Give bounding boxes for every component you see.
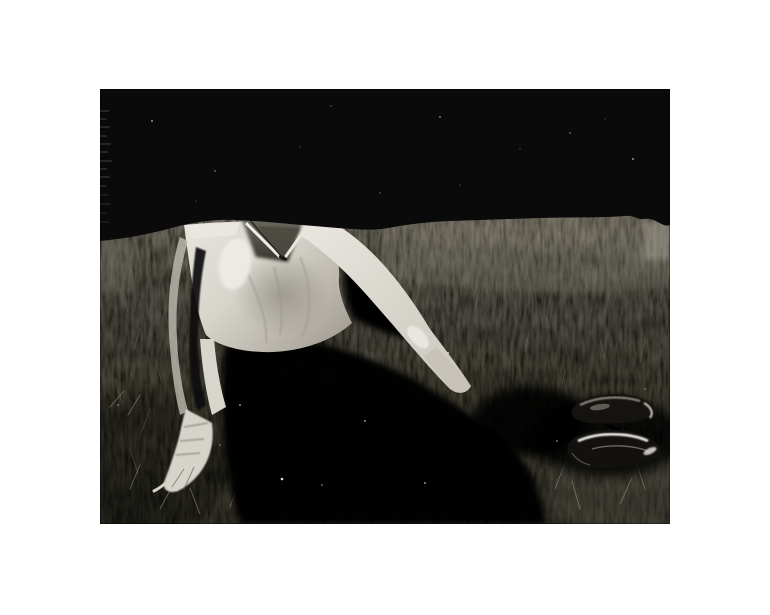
photo-canvas: Vintage black-and-white photograph of a … bbox=[100, 89, 670, 524]
page-background: Vintage black-and-white photograph of a … bbox=[0, 0, 770, 615]
photograph: Vintage black-and-white photograph of a … bbox=[100, 89, 670, 524]
